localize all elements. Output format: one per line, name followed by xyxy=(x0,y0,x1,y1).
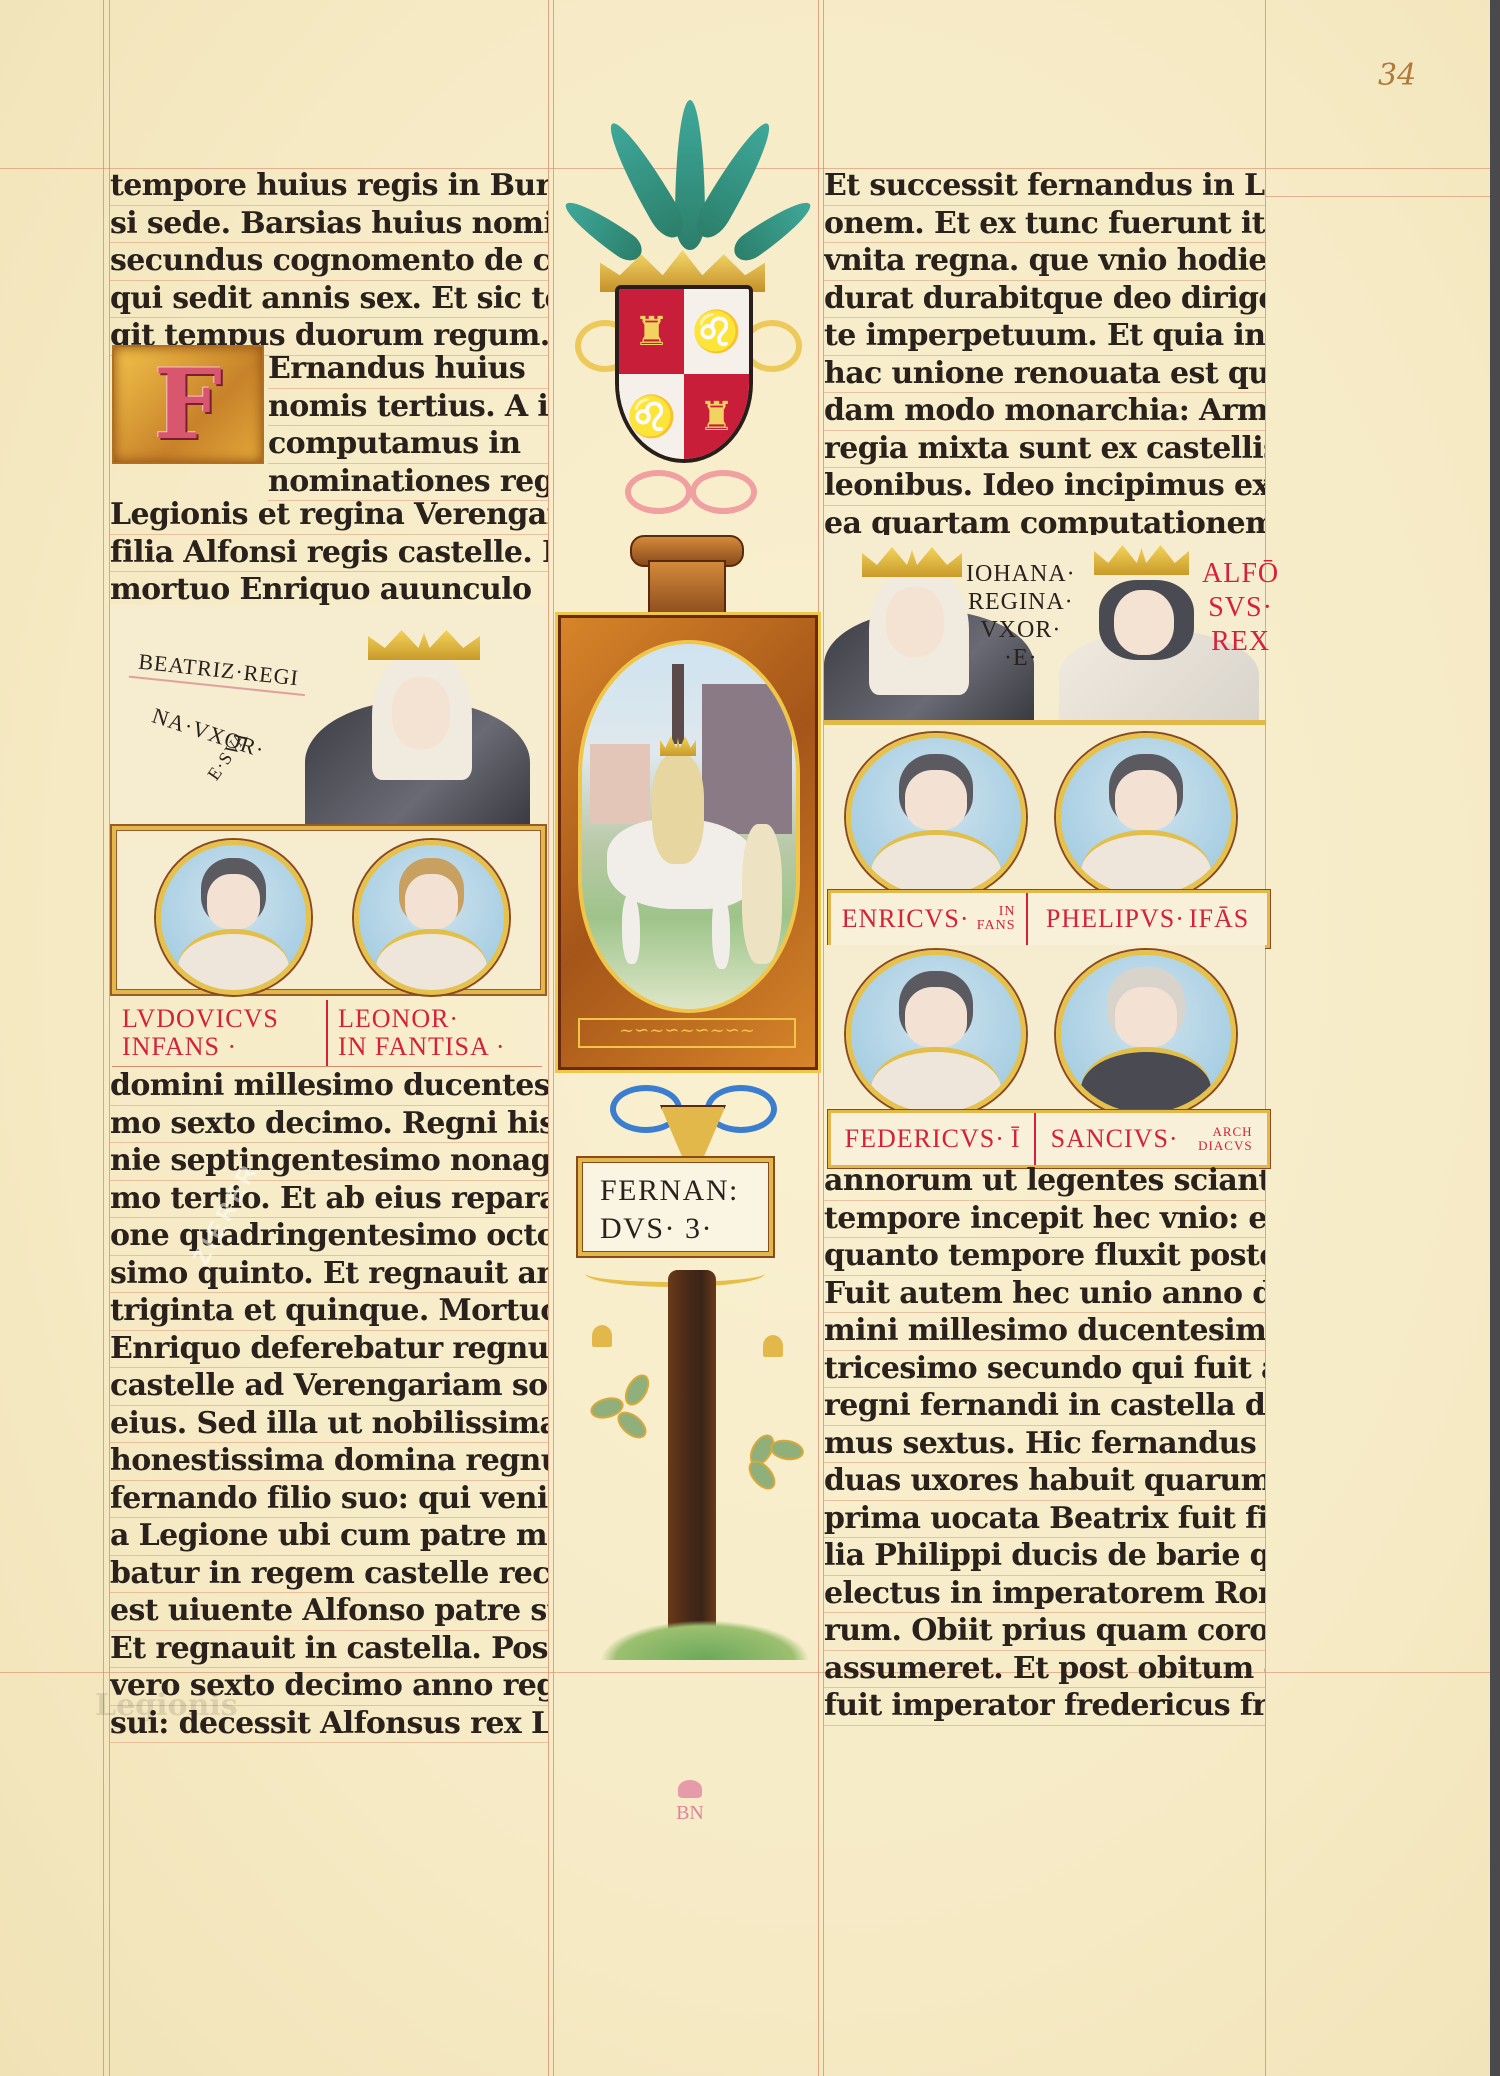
child-title: IN FANTISA · xyxy=(338,1033,532,1061)
queen-label: IOHANA· REGINA· VXOR· ·E· xyxy=(966,560,1076,672)
child-name: ENRICVS· xyxy=(842,905,970,933)
text-line: mini millesimo ducentesimo xyxy=(824,1313,1265,1351)
banderole-line: NA·VXOR· xyxy=(149,703,268,764)
label-line: REX xyxy=(1202,625,1279,659)
ruling-line xyxy=(548,0,549,2076)
miniature-scene xyxy=(578,640,800,1013)
stamp-monogram: BN xyxy=(665,1802,715,1825)
ruling-line xyxy=(103,0,104,2076)
text-line: annorum ut legentes sciant quo xyxy=(824,1163,1265,1201)
leaf-icon xyxy=(620,1370,654,1409)
text-line: honestissima domina regnum xyxy=(110,1443,548,1481)
text-line: mo tertio. Et ab eius reparati xyxy=(110,1181,548,1219)
medallion-ludovicus xyxy=(156,840,311,995)
knight-rider xyxy=(652,754,704,864)
label-cell: LVDOVICVS INFANS · xyxy=(112,1000,326,1066)
text-line: mo sexto decimo. Regni hispa xyxy=(110,1106,548,1144)
plume-icon xyxy=(729,194,818,267)
child-name: LEONOR· xyxy=(338,1005,532,1033)
portrait-body xyxy=(1081,1047,1210,1118)
banderole-line: BEATRIZ·REGI xyxy=(129,646,308,696)
queen-face xyxy=(392,677,450,749)
ruling-line xyxy=(553,0,554,2076)
child-name: LVDOVICVS xyxy=(122,1005,316,1033)
coat-of-arms-shield: ♜ ♌ ♌ ♜ xyxy=(615,285,753,463)
medallion-enricus xyxy=(846,733,1026,901)
child-title: Ī xyxy=(1011,1125,1021,1153)
crown-icon xyxy=(1094,545,1189,575)
ruling-line xyxy=(1265,196,1490,197)
text-line: regia mixta sunt ex castellis et xyxy=(824,431,1265,469)
castle-icon: ♜ xyxy=(684,374,749,459)
crown-icon xyxy=(678,1780,702,1798)
text-line: rum. Obiit prius quam corona xyxy=(824,1613,1265,1651)
text-line: te imperpetuum. Et quia in et xyxy=(824,318,1265,356)
label-cell: FEDERICVS· Ī xyxy=(831,1113,1034,1165)
medallion-label-bar: FEDERICVS· Ī SANCIVS· ARCH DIACVS xyxy=(828,1110,1270,1168)
text-line: duas uxores habuit quarum et xyxy=(824,1463,1265,1501)
text-line: Fuit autem hec unio anno do xyxy=(824,1276,1265,1314)
text-line: regni fernandi in castella deci xyxy=(824,1388,1265,1426)
castle-tower xyxy=(702,684,792,834)
leaf-icon xyxy=(769,1437,806,1463)
text-line: leonibus. Ideo incipimus ex xyxy=(824,468,1265,506)
child-title: INFANS · xyxy=(122,1033,316,1061)
bow-ornament xyxy=(625,470,692,514)
medallion-label-bar: ENRICVS· IN FANS PHELIPVS· IFĀS xyxy=(828,890,1270,948)
portrait-head xyxy=(405,874,457,929)
miniature-frame: ~∽~∽~∽~∽~ xyxy=(555,612,821,1073)
medallion-phelipus xyxy=(1056,733,1236,901)
manuscript-page: 34 tempore huius regis in Burge si sede.… xyxy=(0,0,1490,2076)
right-column-bottom-text: annorum ut legentes sciant quo tempore i… xyxy=(824,1163,1265,1726)
text-line: batur in regem castelle recept xyxy=(110,1556,548,1594)
plume-icon xyxy=(559,194,648,267)
label-cell: PHELIPVS· IFĀS xyxy=(1026,893,1267,945)
text-line: quanto tempore fluxit postea. xyxy=(824,1238,1265,1276)
children-medallion-panel xyxy=(112,826,545,994)
text-line: one quadringentesimo octoge xyxy=(110,1218,548,1256)
text-line: electus in imperatorem Romano xyxy=(824,1576,1265,1614)
tree-trunk xyxy=(668,1270,716,1650)
king-name-cartouche: FERNAN: DVS· 3· xyxy=(578,1158,773,1256)
town-wall xyxy=(590,744,650,824)
text-line: tempore incepit hec vnio: et xyxy=(824,1201,1265,1239)
illuminated-initial: F xyxy=(112,345,264,464)
child-title: IN FANS xyxy=(976,905,1016,933)
children-medallion-row xyxy=(824,945,1265,1107)
right-column-top-text: Et successit fernandus in Legi onem. Et … xyxy=(824,168,1265,543)
leaf-icon xyxy=(743,1456,780,1495)
text-line: durat durabitque deo dirigen xyxy=(824,281,1265,319)
lion-icon: ♌ xyxy=(684,289,749,374)
label-line: IOHANA· xyxy=(966,560,1076,588)
portrait-head xyxy=(207,874,259,929)
portrait-head xyxy=(905,770,966,830)
text-line: Enriquo deferebatur regnus xyxy=(110,1331,548,1369)
frame-ornament: ~∽~∽~∽~∽~ xyxy=(578,1018,796,1048)
page-figure xyxy=(742,824,782,964)
crown-icon xyxy=(660,736,696,756)
text-line: tempore huius regis in Burge xyxy=(110,168,548,206)
cartouche-bracket xyxy=(660,1105,726,1159)
text-line: est uiuente Alfonso patre suo. xyxy=(110,1593,548,1631)
children-medallion-row xyxy=(824,728,1265,890)
cartouche-line: FERNAN: xyxy=(600,1172,769,1210)
label-cell: ENRICVS· IN FANS xyxy=(831,893,1026,945)
text-line: secundus cognomento de contrera xyxy=(110,243,548,281)
king-label: ALFŌ SVS· REX xyxy=(1202,557,1279,659)
text-line: Legionis et regina Verengaria xyxy=(110,497,548,535)
text-line: Ernandus huius xyxy=(268,351,548,389)
child-title: ARCH DIACVS xyxy=(1183,1125,1253,1153)
child-name: FEDERICVS· xyxy=(845,1125,1005,1153)
crown-icon xyxy=(862,547,962,577)
ruling-line xyxy=(1265,0,1266,2076)
label-line: ALFŌ xyxy=(1202,557,1279,591)
text-line: prima uocata Beatrix fuit fi xyxy=(824,1501,1265,1539)
medallion-federicus xyxy=(846,950,1026,1118)
crown-icon xyxy=(368,630,480,660)
portrait-head xyxy=(1115,987,1176,1047)
text-line: castelle ad Verengariam sororem xyxy=(110,1368,548,1406)
castle-icon: ♜ xyxy=(619,289,684,374)
left-column-top-text: tempore huius regis in Burge si sede. Ba… xyxy=(110,168,548,356)
text-line: simo quinto. Et regnauit anis xyxy=(110,1256,548,1294)
medallion-leonor xyxy=(354,840,509,995)
queen-beatriz-portrait: BEATRIZ·REGI NA·VXOR· E·SVA xyxy=(110,605,548,825)
lion-icon: ♌ xyxy=(619,374,684,459)
label-line: VXOR· xyxy=(966,616,1076,644)
offset-text: Legionis xyxy=(95,1688,238,1723)
text-line: eius. Sed illa ut nobilissima et xyxy=(110,1406,548,1444)
text-line: domini millesimo ducentesi xyxy=(110,1068,548,1106)
pendant-ornament xyxy=(592,1325,612,1347)
pendant-ornament xyxy=(763,1335,783,1357)
portrait-body xyxy=(871,1047,1000,1118)
children-label-bar: LVDOVICVS INFANS · LEONOR· IN FANTISA · xyxy=(112,1000,542,1067)
portrait-head xyxy=(1115,770,1176,830)
folio-number: 34 xyxy=(1378,58,1416,93)
label-cell: LEONOR· IN FANTISA · xyxy=(326,1000,542,1066)
text-line: Et successit fernandus in Legi xyxy=(824,168,1265,206)
text-line: lia Philippi ducis de barie q xyxy=(824,1538,1265,1576)
text-line: tricesimo secundo qui fuit anno xyxy=(824,1351,1265,1389)
horse-leg xyxy=(622,894,640,964)
text-line: onem. Et ex tunc fuerunt iterum xyxy=(824,206,1265,244)
cartouche-line: DVS· 3· xyxy=(600,1210,769,1248)
text-line: fuit imperator fredericus frater et xyxy=(824,1688,1265,1726)
label-line: SVS· xyxy=(1202,591,1279,625)
text-line: filia Alfonsi regis castelle. Et xyxy=(110,535,548,573)
child-name: SANCIVS· xyxy=(1051,1125,1179,1153)
library-stamp: BN xyxy=(665,1780,715,1850)
royal-couple-portrait: IOHANA· REGINA· VXOR· ·E· ALFŌ SVS· REX xyxy=(824,535,1265,725)
grass-mound xyxy=(600,1620,810,1660)
text-line: qui sedit annis sex. Et sic teti xyxy=(110,281,548,319)
child-name: PHELIPVS· xyxy=(1046,905,1185,933)
bow-ornament xyxy=(690,470,757,514)
text-line: dam modo monarchia: Arma xyxy=(824,393,1265,431)
pedestal-base xyxy=(648,560,726,619)
horse-leg xyxy=(712,894,730,969)
text-line: Et regnauit in castella. Postea xyxy=(110,1631,548,1669)
text-line: mus sextus. Hic fernandus xyxy=(824,1426,1265,1464)
medallion-sancius xyxy=(1056,950,1236,1118)
text-line: a Legione ubi cum patre mora xyxy=(110,1518,548,1556)
king-face xyxy=(1114,590,1174,655)
portrait-body xyxy=(376,929,486,995)
text-line: nie septingentesimo nonagesi xyxy=(110,1143,548,1181)
text-line: mortuo Enriquo auunculo xyxy=(110,572,548,610)
text-line: vnita regna. que vnio hodie et xyxy=(824,243,1265,281)
text-line: computamus in xyxy=(268,426,548,464)
text-line: hac unione renouata est quo xyxy=(824,356,1265,394)
text-line: assumeret. Et post obitum eius xyxy=(824,1651,1265,1689)
text-line: nomis tertius. A i xyxy=(268,389,548,427)
spire xyxy=(672,664,684,744)
child-title: IFĀS xyxy=(1189,905,1249,933)
portrait-body xyxy=(178,929,288,995)
text-line: triginta et quinque. Mortuo eni xyxy=(110,1293,548,1331)
text-line: nominationes rege xyxy=(268,464,548,502)
queen-face xyxy=(886,587,944,657)
left-column-bottom-text: domini millesimo ducentesi mo sexto deci… xyxy=(110,1068,548,1743)
text-line: si sede. Barsias huius nomis xyxy=(110,206,548,244)
label-line: REGINA· xyxy=(966,588,1076,616)
portrait-head xyxy=(905,987,966,1047)
label-cell: SANCIVS· ARCH DIACVS xyxy=(1034,1113,1267,1165)
left-column-initial-text: Ernandus huius nomis tertius. A i comput… xyxy=(268,351,548,501)
text-line: fernando filio suo: qui venies xyxy=(110,1481,548,1519)
